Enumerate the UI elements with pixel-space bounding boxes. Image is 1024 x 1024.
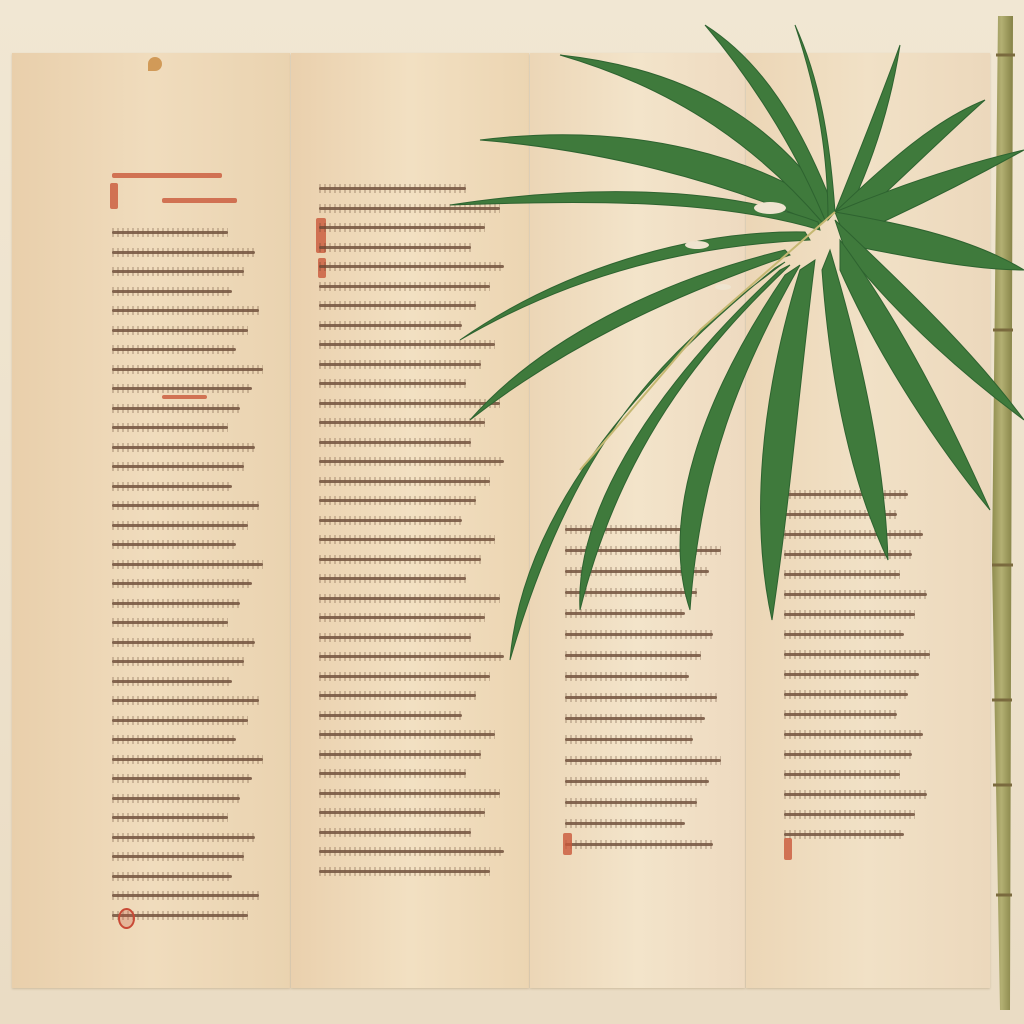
script-line — [112, 758, 263, 761]
script-line — [112, 621, 228, 624]
script-line — [565, 591, 697, 594]
script-line — [784, 833, 904, 836]
script-line — [319, 324, 462, 327]
script-line — [565, 843, 713, 846]
script-line — [784, 673, 919, 676]
script-line — [112, 368, 263, 371]
script-line — [784, 793, 927, 796]
script-line — [319, 753, 481, 756]
script-line — [319, 265, 504, 268]
script-line — [319, 460, 504, 463]
script-line — [565, 801, 697, 804]
script-line — [112, 270, 244, 273]
script-line — [565, 549, 721, 552]
script-line — [319, 655, 504, 658]
script-line — [112, 309, 259, 312]
script-line — [565, 570, 709, 573]
script-line — [565, 675, 689, 678]
red-initial — [110, 183, 118, 209]
script-line — [319, 811, 485, 814]
script-line — [112, 524, 248, 527]
red-initial — [563, 833, 572, 855]
red-initial — [784, 838, 792, 860]
script-line — [319, 421, 485, 424]
script-line — [112, 660, 244, 663]
script-line — [112, 797, 240, 800]
script-line — [565, 780, 709, 783]
script-line — [784, 493, 908, 496]
script-line — [565, 633, 713, 636]
script-line — [112, 777, 252, 780]
manuscript-panel-2 — [291, 53, 529, 988]
red-subheading — [162, 395, 207, 399]
script-line — [319, 772, 466, 775]
script-line — [319, 187, 466, 190]
script-line — [565, 528, 693, 531]
script-line — [319, 733, 495, 736]
script-line — [112, 251, 255, 254]
script-line — [319, 207, 500, 210]
manuscript-panel-3 — [530, 53, 745, 988]
script-line — [112, 231, 228, 234]
script-line — [784, 613, 915, 616]
script-line — [112, 602, 240, 605]
script-line — [565, 654, 701, 657]
script-line — [319, 714, 462, 717]
script-line — [319, 694, 476, 697]
script-line — [112, 894, 259, 897]
script-line — [319, 831, 471, 834]
script-line — [319, 538, 495, 541]
script-line — [319, 616, 485, 619]
script-line — [319, 246, 471, 249]
script-line — [112, 426, 228, 429]
script-line — [112, 329, 248, 332]
script-line — [112, 680, 232, 683]
script-line — [112, 387, 252, 390]
script-line — [784, 513, 897, 516]
script-line — [784, 813, 915, 816]
script-line — [565, 822, 685, 825]
script-line — [319, 499, 476, 502]
script-line — [112, 836, 255, 839]
script-line — [112, 485, 232, 488]
script-line — [319, 597, 500, 600]
script-line — [319, 519, 462, 522]
script-line — [319, 870, 490, 873]
script-line — [565, 696, 717, 699]
script-line — [784, 753, 912, 756]
script-line — [319, 480, 490, 483]
manuscript-panel-1 — [12, 53, 290, 988]
script-line — [565, 738, 693, 741]
manuscript-panel-4 — [746, 53, 990, 988]
script-line — [319, 226, 485, 229]
script-line — [319, 675, 490, 678]
red-heading — [112, 173, 222, 178]
script-line — [112, 855, 244, 858]
script-line — [784, 713, 897, 716]
script-line — [112, 699, 259, 702]
script-line — [319, 850, 504, 853]
script-line — [319, 577, 466, 580]
script-line — [319, 382, 466, 385]
script-line — [319, 363, 481, 366]
script-line — [112, 348, 236, 351]
script-line — [565, 717, 705, 720]
script-line — [319, 402, 500, 405]
script-line — [784, 593, 927, 596]
script-line — [112, 719, 248, 722]
script-line — [784, 653, 930, 656]
paper-stain — [148, 57, 162, 71]
red-seal-stamp — [118, 908, 135, 929]
script-line — [112, 290, 232, 293]
script-line — [112, 446, 255, 449]
script-line — [319, 636, 471, 639]
script-line — [112, 563, 263, 566]
script-line — [112, 407, 240, 410]
script-line — [112, 543, 236, 546]
script-line — [319, 304, 476, 307]
script-line — [112, 641, 255, 644]
script-line — [319, 792, 500, 795]
script-line — [565, 612, 685, 615]
script-line — [784, 553, 912, 556]
script-line — [784, 733, 923, 736]
script-line — [784, 533, 923, 536]
script-line — [319, 343, 495, 346]
red-heading — [162, 198, 237, 203]
script-line — [112, 465, 244, 468]
script-line — [319, 285, 490, 288]
script-line — [319, 558, 481, 561]
script-line — [112, 738, 236, 741]
script-line — [319, 441, 471, 444]
script-line — [565, 759, 721, 762]
script-line — [112, 504, 259, 507]
script-line — [784, 693, 908, 696]
script-line — [112, 582, 252, 585]
script-line — [112, 875, 232, 878]
script-line — [784, 633, 904, 636]
script-line — [112, 816, 228, 819]
script-line — [784, 773, 900, 776]
script-line — [784, 573, 900, 576]
